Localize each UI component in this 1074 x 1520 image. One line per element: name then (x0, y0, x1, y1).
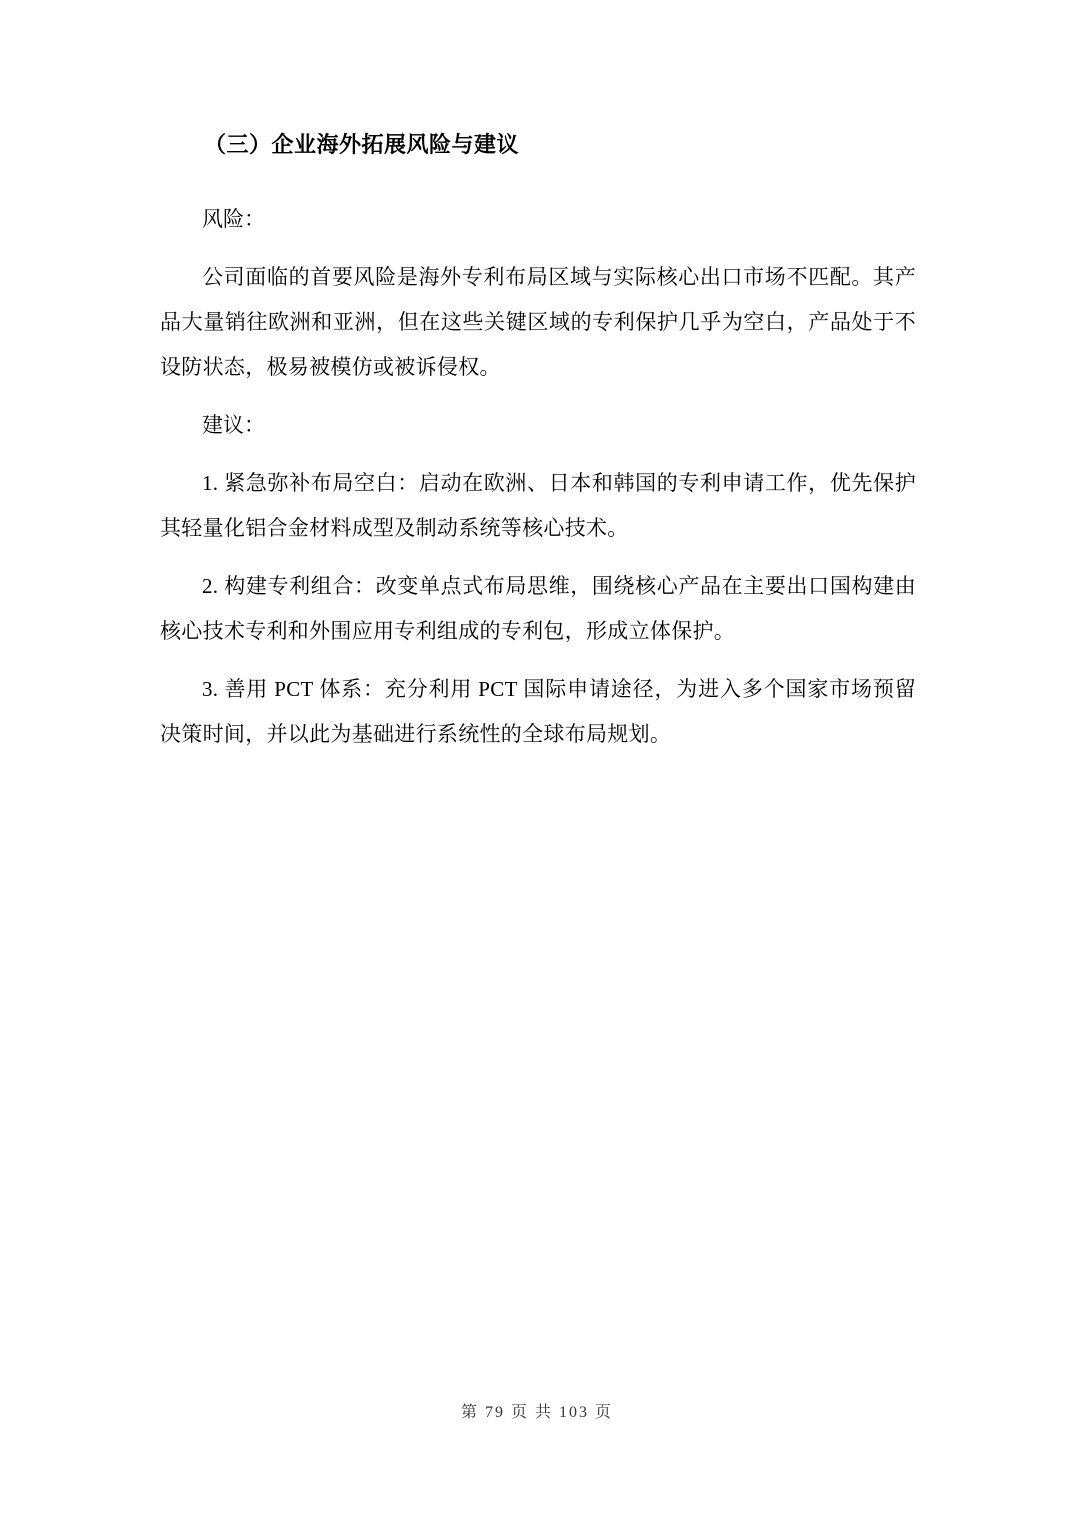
risk-paragraph: 公司面临的首要风险是海外专利布局区域与实际核心出口市场不匹配。其产品大量销往欧洲… (160, 255, 916, 390)
suggestion-item-3: 3. 善用 PCT 体系：充分利用 PCT 国际申请途径，为进入多个国家市场预留… (160, 667, 916, 757)
section-heading: （三）企业海外拓展风险与建议 (160, 128, 916, 161)
suggestion-item-2: 2. 构建专利组合：改变单点式布局思维，围绕核心产品在主要出口国构建由核心技术专… (160, 564, 916, 654)
page-number-footer: 第 79 页 共 103 页 (0, 1399, 1074, 1422)
risk-label: 风险： (160, 197, 916, 242)
document-page: （三）企业海外拓展风险与建议 风险： 公司面临的首要风险是海外专利布局区域与实际… (0, 0, 1074, 1520)
suggestion-label: 建议： (160, 403, 916, 448)
suggestion-item-1: 1. 紧急弥补布局空白：启动在欧洲、日本和韩国的专利申请工作，优先保护其轻量化铝… (160, 461, 916, 551)
page-content: （三）企业海外拓展风险与建议 风险： 公司面临的首要风险是海外专利布局区域与实际… (160, 128, 916, 770)
